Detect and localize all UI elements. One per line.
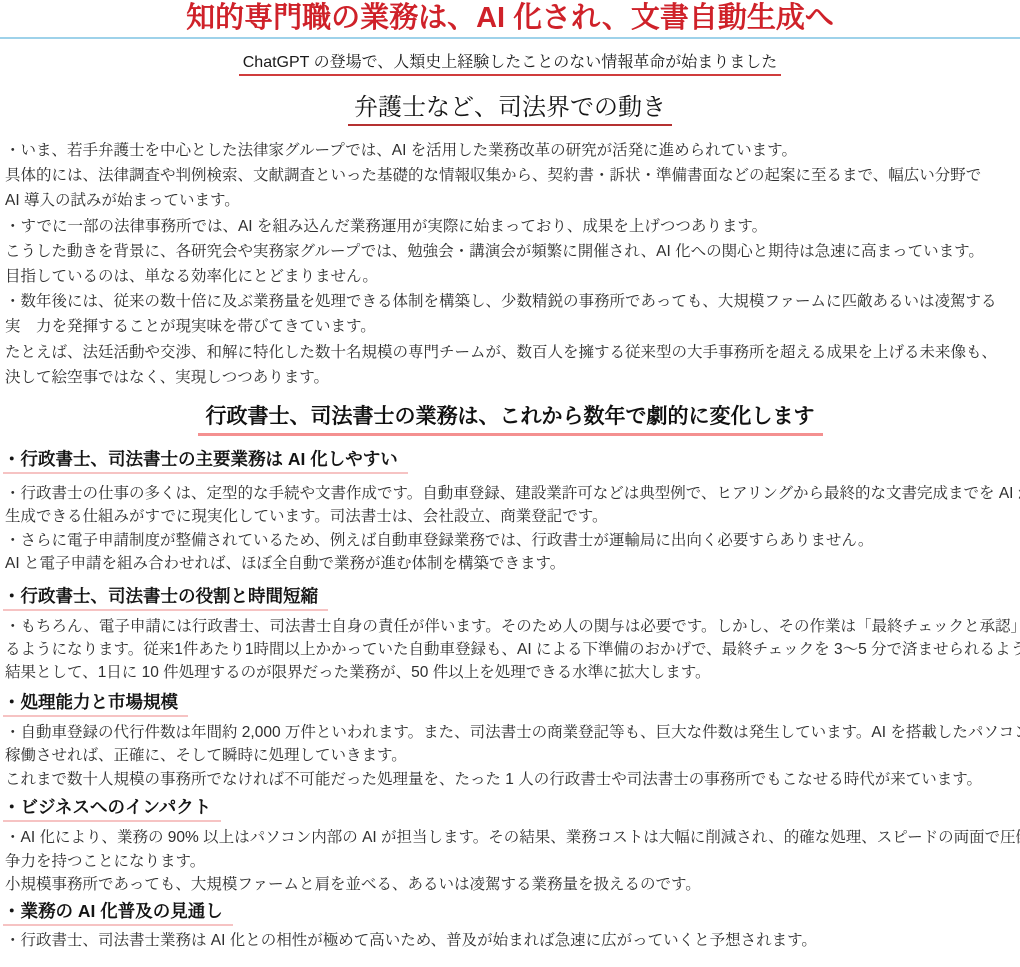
subsection-capacity-market-heading: ・処理能力と市場規模 (3, 691, 188, 717)
text-line: ・自動車登録の代行件数は年間約 2,000 万件といわれます。また、司法書士の商… (5, 721, 1020, 744)
document-title: 知的専門職の業務は、AI 化され、文書自動生成へ (0, 0, 1020, 33)
text-line: ・さらに電子申請制度が整備されているため、例えば自動車登録業務では、行政書士が運… (5, 529, 1020, 552)
subsection-capacity-market-paragraphs: ・自動車登録の代行件数は年間約 2,000 万件といわれます。また、司法書士の商… (0, 721, 1020, 791)
subsection-ai-suitability: ・行政書士、司法書士の主要業務は AI 化しやすい ・行政書士の仕事の多くは、定… (0, 448, 1020, 576)
text-line: 結果として、1日に 10 件処理するのが限界だった業務が、50 件以上を処理でき… (5, 661, 1020, 684)
text-line: ・いま、若手弁護士を中心とした法律家グループでは、AI を活用した業務改革の研究… (5, 138, 1020, 163)
text-line: ・もちろん、電子申請には行政書士、司法書士自身の責任が伴います。そのため人の関与… (5, 615, 1020, 638)
section-gyosei-heading-row: 行政書士、司法書士の業務は、これから数年で劇的に変化します (0, 404, 1020, 436)
subsection-ai-suitability-paragraphs: ・行政書士の仕事の多くは、定型的な手続や文書作成です。自動車登録、建設業許可など… (0, 482, 1020, 576)
text-line: 小規模事務所であっても、大規模ファームと肩を並べる、あるいは凌駕する業務量を扱え… (5, 873, 1020, 896)
text-line: ・すでに一部の法律事務所では、AI を組み込んだ業務運用が実際に始まっており、成… (5, 214, 1020, 239)
text-line: ・行政書士、司法書士業務は AI 化との相性が極めて高いため、普及が始まれば急速… (5, 929, 1020, 952)
document-page: 知的専門職の業務は、AI 化され、文書自動生成へ ChatGPT の登場で、人類… (0, 0, 1020, 967)
subsection-role-time-saving-heading: ・行政書士、司法書士の役割と時間短縮 (3, 585, 328, 611)
text-line: ・行政書士の仕事の多くは、定型的な手続や文書作成です。自動車登録、建設業許可など… (5, 482, 1020, 505)
text-line: ・AI 化により、業務の 90% 以上はパソコン内部の AI が担当します。その… (5, 826, 1020, 849)
document-subtitle: ChatGPT の登場で、人類史上経験したことのない情報革命が始まりました (239, 53, 782, 76)
subsection-business-impact-heading: ・ビジネスへのインパクト (3, 796, 221, 822)
text-line: こうした動きを背景に、各研究会や実務家グループでは、勉強会・講演会が頻繁に開催さ… (5, 239, 1020, 264)
section-law-heading-row: 弁護士など、司法界での動き (0, 94, 1020, 126)
text-line: 具体的には、法律調査や判例検索、文献調査といった基礎的な情報収集から、契約書・訴… (5, 163, 1020, 188)
section-law-heading: 弁護士など、司法界での動き (348, 94, 672, 126)
text-line: AI 導入の試みが始まっています。 (5, 188, 1020, 213)
text-line: 争力を持つことになります。 (5, 850, 1020, 873)
subsection-ai-adoption-outlook-heading: ・業務の AI 化普及の見通し (3, 900, 233, 926)
subtitle-row: ChatGPT の登場で、人類史上経験したことのない情報革命が始まりました (0, 53, 1020, 76)
text-line: 稼働させれば、正確に、そして瞬時に処理していきます。 (5, 744, 1020, 767)
section-gyosei-heading: 行政書士、司法書士の業務は、これから数年で劇的に変化します (198, 404, 823, 436)
text-line: ・数年後には、従来の数十倍に及ぶ業務量を処理できる体制を構築し、少数精鋭の事務所… (5, 289, 1020, 314)
subsection-capacity-market: ・処理能力と市場規模 ・自動車登録の代行件数は年間約 2,000 万件といわれま… (0, 691, 1020, 791)
text-line: 生成できる仕組みがすでに現実化しています。司法書士は、会社設立、商業登記です。 (5, 505, 1020, 528)
title-divider-rule (0, 37, 1020, 39)
text-line: これまで数十人規模の事務所でなければ不可能だった処理量を、たった 1 人の行政書… (5, 768, 1020, 791)
subsection-role-time-saving-paragraphs: ・もちろん、電子申請には行政書士、司法書士自身の責任が伴います。そのため人の関与… (0, 615, 1020, 685)
subsection-business-impact: ・ビジネスへのインパクト ・AI 化により、業務の 90% 以上はパソコン内部の… (0, 796, 1020, 896)
text-line: 目指しているのは、単なる効率化にとどまりません。 (5, 264, 1020, 289)
text-line: るようになります。従来1件あたり1時間以上かかっていた自動車登録も、AI による… (5, 638, 1020, 661)
text-line: AI と電子申請を組み合わせれば、ほぼ全自動で業務が進む体制を構築できます。 (5, 552, 1020, 575)
section-law-paragraphs: ・いま、若手弁護士を中心とした法律家グループでは、AI を活用した業務改革の研究… (0, 138, 1020, 390)
subsection-business-impact-paragraphs: ・AI 化により、業務の 90% 以上はパソコン内部の AI が担当します。その… (0, 826, 1020, 896)
subsection-ai-adoption-outlook: ・業務の AI 化普及の見通し ・行政書士、司法書士業務は AI 化との相性が極… (0, 900, 1020, 952)
text-line: 実 力を発揮することが現実味を帯びてきています。 (5, 314, 1020, 339)
subsection-ai-adoption-outlook-paragraphs: ・行政書士、司法書士業務は AI 化との相性が極めて高いため、普及が始まれば急速… (0, 929, 1020, 952)
text-line: たとえば、法廷活動や交渉、和解に特化した数十名規模の専門チームが、数百人を擁する… (5, 340, 1020, 365)
subsection-role-time-saving: ・行政書士、司法書士の役割と時間短縮 ・もちろん、電子申請には行政書士、司法書士… (0, 585, 1020, 685)
text-line: 決して絵空事ではなく、実現しつつあります。 (5, 365, 1020, 390)
subsection-ai-suitability-heading: ・行政書士、司法書士の主要業務は AI 化しやすい (3, 448, 408, 474)
